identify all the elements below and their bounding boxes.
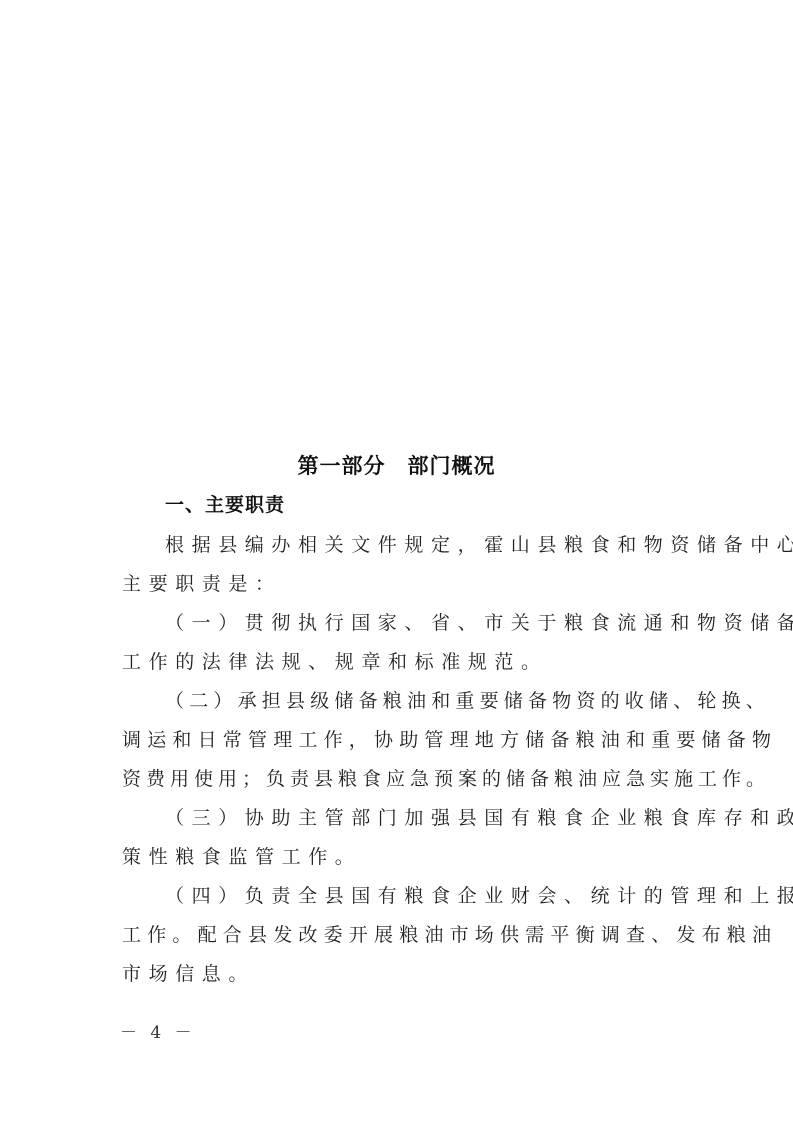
- paragraph-line: （三）协助主管部门加强县国有粮食企业粮食库存和政: [165, 803, 793, 830]
- paragraph-line: 工作。配合县发改委开展粮油市场供需平衡调查、发布粮油: [122, 920, 777, 947]
- paragraph-line: （一）贯彻执行国家、省、市关于粮食流通和物资储备: [165, 608, 793, 635]
- page-title: 第一部分 部门概况: [0, 450, 793, 480]
- paragraph-line: 工作的法律法规、规章和标准规范。: [122, 647, 548, 674]
- paragraph-line: 市场信息。: [122, 959, 255, 986]
- paragraph-line: 资费用使用；负责县粮食应急预案的储备粮油应急实施工作。: [122, 764, 770, 791]
- document-page: 第一部分 部门概况 一、主要职责 根据县编办相关文件规定，霍山县粮食和物资储备中…: [0, 0, 793, 1122]
- paragraph-line: 调运和日常管理工作，协助管理地方储备粮油和重要储备物: [122, 725, 777, 752]
- paragraph-line: 根据县编办相关文件规定，霍山县粮食和物资储备中心: [165, 530, 793, 557]
- section-heading: 一、主要职责: [165, 490, 285, 517]
- paragraph-line: （二）承担县级储备粮油和重要储备物资的收储、轮换、: [165, 686, 770, 713]
- paragraph-line: 主要职责是：: [122, 569, 282, 596]
- page-number: － 4 －: [120, 1018, 196, 1043]
- paragraph-line: 策性粮食监管工作。: [122, 842, 361, 869]
- paragraph-line: （四）负责全县国有粮食企业财会、统计的管理和上报: [165, 881, 793, 908]
